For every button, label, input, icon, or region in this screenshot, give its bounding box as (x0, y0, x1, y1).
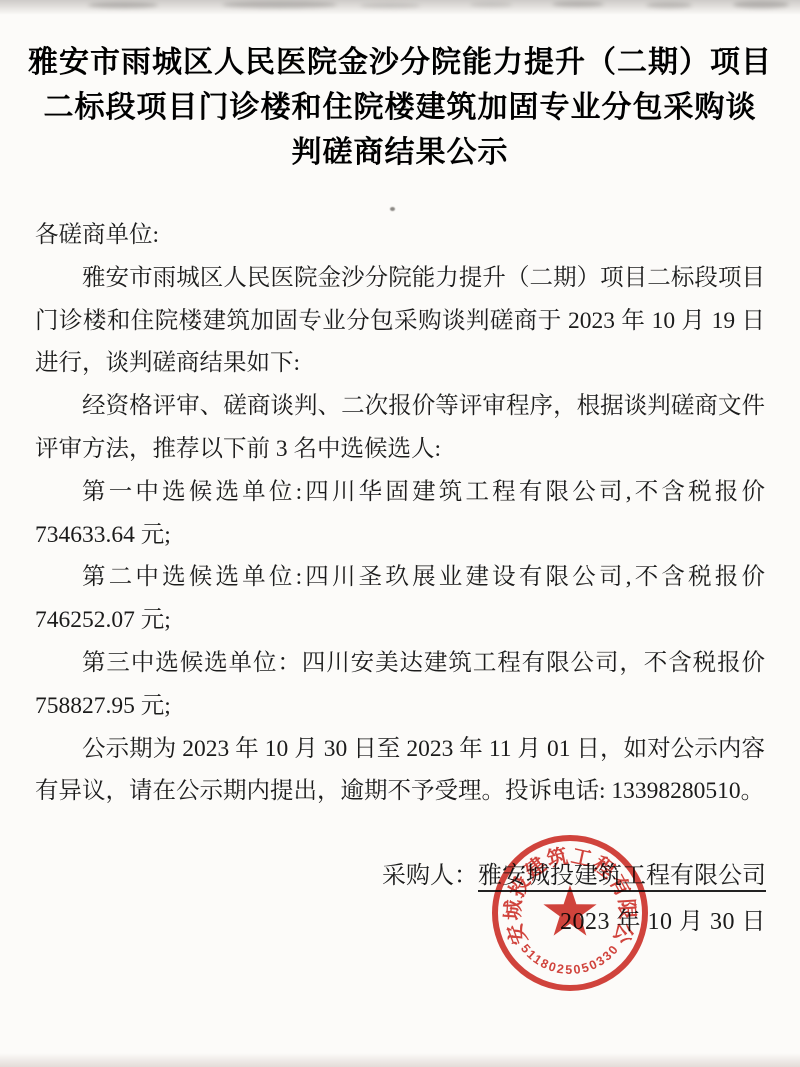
document-title-line: 判磋商结果公示 (20, 130, 780, 175)
paragraph-candidate-3: 第三中选候选单位：四川安美达建筑工程有限公司，不含税报价 758827.95 元… (35, 642, 765, 728)
document-body: 各磋商单位: 雅安市雨城区人民医院金沙分院能力提升（二期）项目二标段项目门诊楼和… (35, 214, 765, 813)
document-title: 雅安市雨城区人民医院金沙分院能力提升（二期）项目 二标段项目门诊楼和住院楼建筑加… (20, 40, 780, 175)
signature-block: 采购人：雅安城投建筑工程有限公司 2023 年 10 月 30 日 (382, 853, 766, 945)
scan-artifact-bottom-band (0, 1053, 800, 1067)
paragraph-notice-period: 公示期为 2023 年 10 月 30 日至 2023 年 11 月 01 日，… (35, 728, 765, 814)
scan-smudge (470, 2, 512, 7)
purchaser-label: 采购人： (382, 863, 478, 889)
purchaser-line: 采购人：雅安城投建筑工程有限公司 (382, 853, 766, 899)
scan-smudge (646, 2, 692, 8)
scan-smudge (360, 3, 420, 8)
paragraph-review-process: 经资格评审、磋商谈判、二次报价等评审程序，根据谈判磋商文件评审方法，推荐以下前 … (35, 385, 765, 471)
document-title-line: 二标段项目门诊楼和住院楼建筑加固专业分包采购谈 (20, 85, 780, 130)
document-title-line: 雅安市雨城区人民医院金沙分院能力提升（二期）项目 (20, 40, 780, 85)
paragraph-candidate-1: 第一中选候选单位:四川华固建筑工程有限公司,不含税报价 734633.64 元; (35, 471, 765, 557)
scan-speck (390, 207, 395, 211)
scan-smudge (733, 1, 789, 8)
purchaser-company: 雅安城投建筑工程有限公司 (478, 863, 766, 892)
scan-smudge (88, 2, 158, 8)
seal-serial-number: 5118025050330 (518, 941, 622, 976)
scan-artifact-top-band (0, 0, 800, 15)
paragraph-intro: 雅安市雨城区人民医院金沙分院能力提升（二期）项目二标段项目门诊楼和住院楼建筑加固… (35, 257, 765, 385)
signature-date: 2023 年 10 月 30 日 (382, 899, 766, 945)
svg-text:5118025050330: 5118025050330 (518, 941, 622, 976)
paragraph-candidate-2: 第二中选候选单位:四川圣玖展业建设有限公司,不含税报价 746252.07 元; (35, 556, 765, 642)
salutation: 各磋商单位: (35, 214, 765, 257)
scan-smudge (552, 1, 604, 7)
scan-smudge (222, 1, 337, 8)
scanned-document-page: 雅安市雨城区人民医院金沙分院能力提升（二期）项目 二标段项目门诊楼和住院楼建筑加… (0, 0, 800, 1067)
